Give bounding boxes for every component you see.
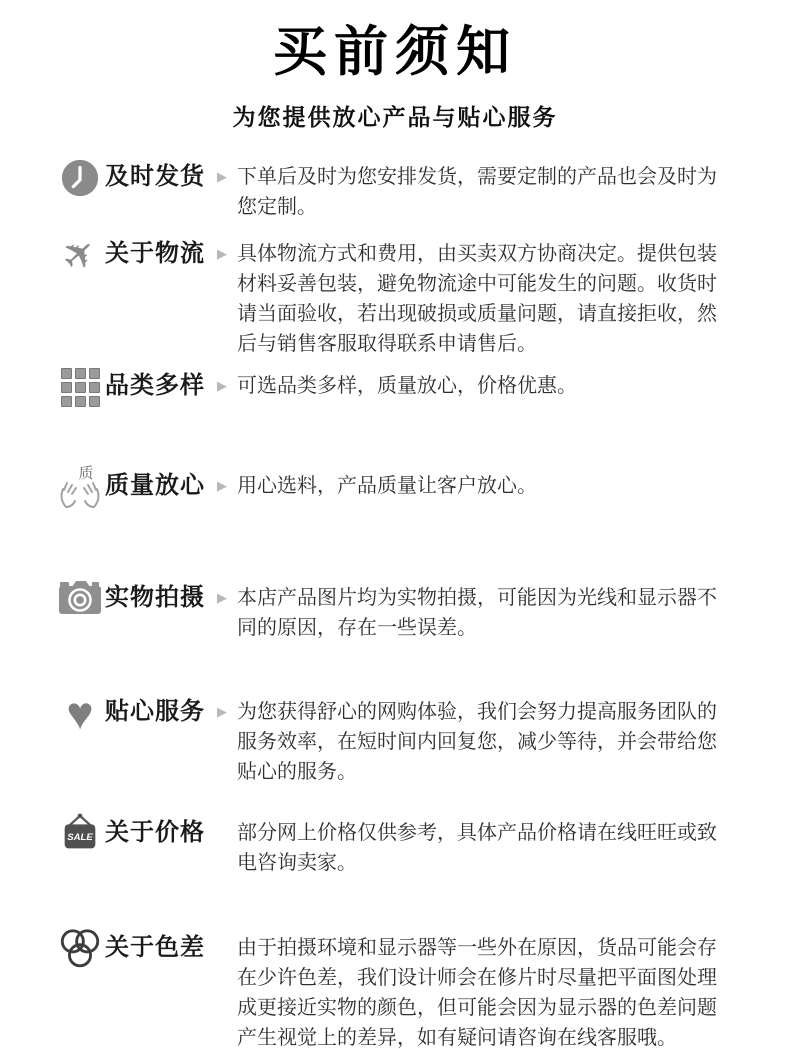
item-description: 下单后及时为您安排发货，需要定制的产品也会及时为您定制。: [237, 162, 729, 222]
airplane-icon: ✈: [55, 231, 105, 279]
color-circles-icon: [55, 925, 105, 973]
clock-icon: [55, 154, 105, 202]
item-description: 由于拍摄环境和显示器等一些外在原因，货品可能会存在少许色差，我们设计师会在修片时…: [237, 933, 729, 1049]
item-description: 部分网上价格仅供参考，具体产品价格请在线旺旺或致电咨询卖家。: [237, 818, 729, 878]
item-variety: 品类多样 ▶ 可选品类多样，质量放心，价格优惠。: [55, 371, 750, 411]
item-timely-shipping: 及时发货 ▶ 下单后及时为您安排发货，需要定制的产品也会及时为您定制。: [55, 162, 750, 222]
chevron-right-icon: ▶: [207, 239, 237, 269]
item-description: 可选品类多样，质量放心，价格优惠。: [237, 371, 729, 401]
notice-list: 及时发货 ▶ 下单后及时为您安排发货，需要定制的产品也会及时为您定制。 ✈ 关于…: [0, 162, 790, 1049]
camera-icon: [55, 575, 105, 623]
item-description: 具体物流方式和费用，由买卖双方协商决定。提供包装材料妥善包装，避免物流途中可能发…: [237, 239, 729, 359]
item-label: 及时发货: [105, 162, 207, 192]
quality-hands-icon: 质: [55, 463, 105, 511]
item-label: 关于价格: [105, 818, 207, 848]
sale-tag-icon: SALE: [55, 810, 105, 858]
item-description: 为您获得舒心的网购体验，我们会努力提高服务团队的服务效率，在短时间内回复您，减少…: [237, 697, 729, 787]
item-label: 实物拍摄: [105, 583, 207, 613]
item-caring-service: ♥ 贴心服务 ▶ 为您获得舒心的网购体验，我们会努力提高服务团队的服务效率，在短…: [55, 697, 750, 787]
item-description: 本店产品图片均为实物拍摄，可能因为光线和显示器不同的原因，存在一些误差。: [237, 583, 729, 643]
grid-icon: [55, 363, 105, 411]
item-color-difference: 关于色差 由于拍摄环境和显示器等一些外在原因，货品可能会存在少许色差，我们设计师…: [55, 933, 750, 1049]
item-label: 品类多样: [105, 371, 207, 401]
item-label: 关于物流: [105, 239, 207, 269]
item-real-photos: 实物拍摄 ▶ 本店产品图片均为实物拍摄，可能因为光线和显示器不同的原因，存在一些…: [55, 583, 750, 643]
item-price: SALE 关于价格 部分网上价格仅供参考，具体产品价格请在线旺旺或致电咨询卖家。: [55, 818, 750, 878]
heart-icon: ♥: [55, 689, 105, 737]
item-label: 贴心服务: [105, 697, 207, 727]
chevron-right-icon: ▶: [207, 371, 237, 401]
page-subtitle: 为您提供放心产品与贴心服务: [0, 104, 790, 130]
chevron-right-icon: ▶: [207, 697, 237, 727]
item-label: 质量放心: [105, 471, 207, 501]
chevron-right-icon: ▶: [207, 583, 237, 613]
page-title: 买前须知: [0, 22, 790, 82]
chevron-right-icon: ▶: [207, 162, 237, 192]
chevron-right-icon: ▶: [207, 471, 237, 501]
item-quality: 质 质量放心 ▶ 用心选料，产品质量让客户放心。: [55, 471, 750, 511]
item-logistics: ✈ 关于物流 ▶ 具体物流方式和费用，由买卖双方协商决定。提供包装材料妥善包装，…: [55, 239, 750, 359]
item-description: 用心选料，产品质量让客户放心。: [237, 471, 729, 501]
svg-text:质: 质: [78, 465, 93, 482]
svg-text:SALE: SALE: [67, 832, 93, 843]
item-label: 关于色差: [105, 933, 207, 963]
pre-purchase-notice-page: 买前须知 为您提供放心产品与贴心服务 及时发货 ▶ 下单后及时为您安排发货，需要…: [0, 0, 790, 1049]
